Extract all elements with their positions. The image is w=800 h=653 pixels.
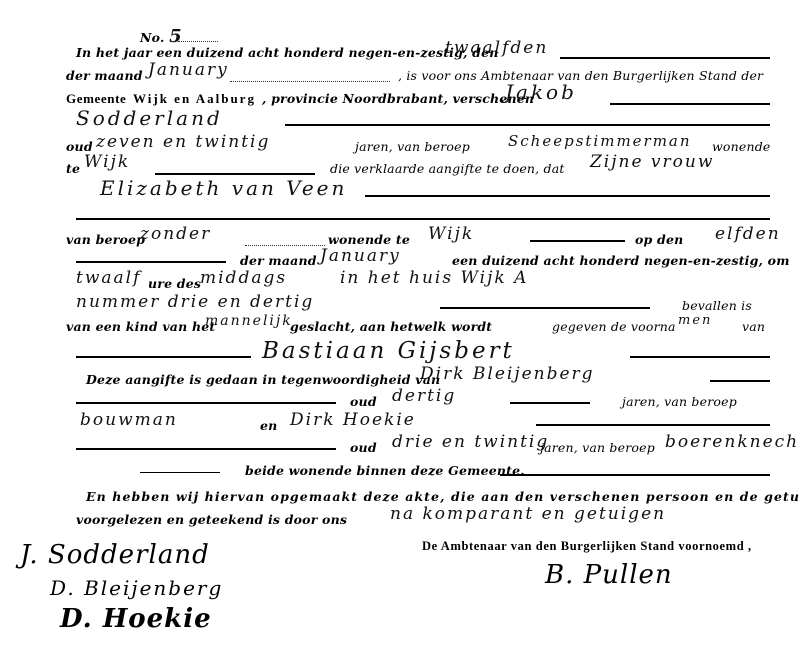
printed-text: op den: [635, 232, 683, 247]
birth-place: in het huis Wijk A: [340, 268, 528, 288]
witness-2-name: Dirk Hoekie: [290, 410, 416, 430]
signature-witness-2: D. Hoekie: [60, 604, 212, 634]
fill-rule: [500, 474, 770, 476]
mother-residence: Wijk: [428, 224, 474, 244]
printed-text: voorgelezen en geteekend is door ons: [76, 512, 347, 527]
printed-text: bevallen is: [682, 298, 752, 313]
signature-official: B. Pullen: [545, 560, 673, 590]
fill-rule: [76, 448, 336, 450]
printed-text: gegeven de voorna: [552, 319, 676, 334]
printed-text: Gemeente: [66, 91, 126, 107]
printed-text: die verklaarde aangifte te doen, dat: [330, 161, 565, 176]
record-number-label: No.: [140, 30, 165, 45]
printed-text: jaren, van beroep: [355, 139, 470, 154]
printed-text: beide wonende binnen deze Gemeente.: [245, 463, 525, 478]
printed-text: en: [260, 418, 277, 433]
signers-note: na komparant en getuigen: [390, 504, 666, 524]
registration-day: twaalfden: [445, 38, 548, 58]
declarant-age: zeven en twintig: [96, 132, 270, 152]
mother-name: Elizabeth van Veen: [100, 176, 347, 200]
official-title: De Ambtenaar van den Burgerlijken Stand …: [422, 539, 752, 554]
dotted-fill: [245, 244, 325, 246]
witness-1-occupation: bouwman: [80, 410, 178, 430]
dotted-fill: [178, 40, 218, 42]
printed-text: jaren, van beroep: [622, 394, 737, 409]
declarant-residence: Wijk: [84, 152, 130, 172]
fill-rule: [630, 356, 770, 358]
fill-rule: [365, 195, 770, 197]
fill-rule: [610, 103, 770, 105]
mother-occupation: zonder: [140, 224, 211, 244]
fill-rule: [510, 402, 590, 404]
fill-rule: [530, 240, 625, 242]
declarant-surname: Sodderland: [76, 106, 223, 130]
child-name: Bastiaan Gijsbert: [262, 338, 515, 364]
printed-text: oud: [350, 440, 377, 455]
printed-text: In het jaar een duizend acht honderd neg…: [76, 45, 499, 60]
fill-rule: [76, 402, 336, 404]
municipality: Wijk en Aalburg: [133, 91, 256, 107]
printed-text: der maand: [66, 68, 143, 83]
printed-text: een duizend acht honderd negen-en-zestig…: [452, 253, 790, 268]
fill-rule: [536, 424, 770, 426]
fill-rule: [76, 261, 226, 263]
witness-2-age: drie en twintig: [392, 432, 549, 452]
birth-time-of-day: middags: [200, 268, 287, 288]
birth-house-number: nummer drie en dertig: [76, 292, 314, 312]
printed-text: van beroep: [66, 232, 145, 247]
printed-text: geslacht, aan hetwelk wordt: [290, 319, 492, 334]
printed-text: oud: [350, 394, 377, 409]
line-1: In het jaar een duizend acht honderd neg…: [76, 45, 499, 60]
fill-rule: [155, 173, 315, 175]
fill-rule: [140, 472, 220, 473]
printed-text: wonende te: [328, 232, 410, 247]
birth-record-page: No. 5 In het jaar een duizend acht honde…: [0, 0, 800, 653]
fill-rule: [285, 124, 770, 126]
dotted-fill: [230, 80, 390, 82]
fill-rule: [710, 380, 770, 382]
printed-text: te: [66, 161, 80, 176]
fill-rule: [76, 356, 251, 358]
registration-month: January: [148, 60, 229, 80]
printed-text: , is voor ons Ambtenaar van den Burgerli…: [398, 68, 763, 83]
birth-month: January: [320, 246, 401, 266]
printed-text: van een kind van het: [66, 319, 215, 334]
printed-text: jaren, van beroep: [540, 440, 655, 455]
fill-rule: [440, 307, 650, 309]
relation-to-mother: Zijne vrouw: [590, 152, 714, 172]
birth-day: elfden: [715, 224, 781, 244]
declarant-occupation: Scheepstimmerman: [508, 132, 692, 150]
printed-text: En hebben wij hiervan opgemaakt deze akt…: [86, 489, 800, 504]
record-number-value: 5: [169, 26, 184, 47]
printed-text: Deze aangifte is gedaan in tegenwoordigh…: [86, 372, 440, 387]
declarant-first-name: Jakob: [505, 80, 577, 104]
printed-text: van: [742, 319, 765, 334]
name-plural-suffix: men: [678, 313, 712, 328]
child-sex: mannelijk: [205, 313, 293, 329]
printed-text: wonende: [712, 139, 771, 154]
signature-witness-1: D. Bleijenberg: [50, 576, 223, 600]
printed-text: , provincie Noordbrabant, verschenen: [262, 91, 534, 106]
signature-declarant: J. Sodderland: [20, 540, 210, 570]
printed-text: ure des: [148, 276, 201, 291]
witness-1-age: dertig: [392, 386, 456, 406]
printed-text: der maand: [240, 253, 317, 268]
fill-rule: [560, 57, 770, 59]
birth-hour: twaalf: [76, 268, 141, 288]
fill-rule: [76, 218, 770, 220]
witness-2-occupation: boerenknecht: [665, 432, 800, 452]
record-number: No. 5: [140, 26, 184, 47]
witness-1-name: Dirk Bleijenberg: [420, 364, 595, 384]
